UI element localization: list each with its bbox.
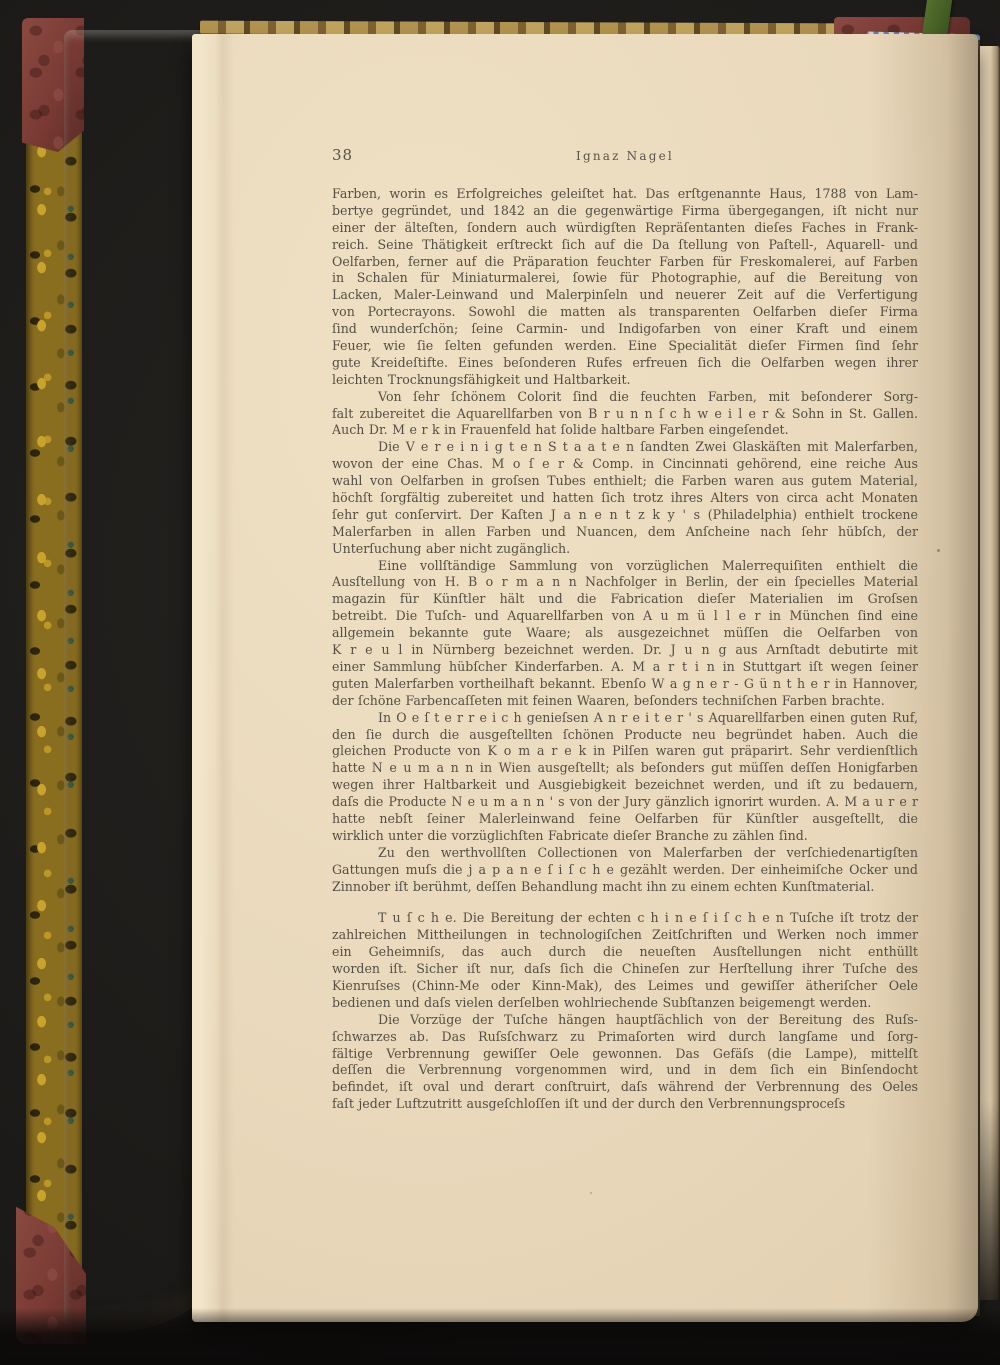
text-line: wirklich unter die vorzüglichſten Fabric… (332, 828, 918, 845)
text-line: reich. Seine Thätigkeit erſtreckt ſich a… (332, 237, 918, 254)
text-line: leichten Trocknungsfähigkeit und Haltbar… (332, 372, 918, 389)
text-line: Auch Dr. M e r k in Frauenfeld hat ſolid… (332, 422, 918, 439)
text-line: wovon der eine Chas. M o ſ e r & Comp. i… (332, 456, 918, 473)
text-line: betreibt. Die Tuſch- und Aquarellfarben … (332, 608, 918, 625)
paper-speck (590, 1192, 592, 1194)
book-scan-photo: 38 Ignaz Nagel Farben, worin es Erfolgre… (0, 0, 1000, 1365)
text-line: einer Sammlung hübſcher Kinderfarben. A.… (332, 659, 918, 676)
text-line: zahlreichen Mittheilungen in technologiſ… (332, 927, 918, 944)
paragraph: Die V e r e i n i g t e n S t a a t e n … (332, 439, 918, 557)
paragraph: In O e ſ t e r r e i c h genieſsen A n r… (332, 710, 918, 845)
text-line: Zu den werthvollſten Collectionen von Ma… (332, 845, 918, 862)
text-line: Ausſtellung von H. B o r m a n n Nachfol… (332, 574, 918, 591)
text-line: Lacken, Maler-Leinwand und Malerpinſeln … (332, 287, 918, 304)
facing-page-shadow (979, 1100, 1000, 1300)
text-line: den ſie durch die ausgeſtellten ſchönen … (332, 727, 918, 744)
text-line: Von ſehr ſchönem Colorit ſind die feucht… (332, 389, 918, 406)
text-line: Feuer, wie ſie ſelten gefunden werden. E… (332, 338, 918, 355)
text-line: falt zubereitet die Aquarellfarben von B… (332, 406, 918, 423)
book-bottom-shadow (0, 1308, 1000, 1365)
book-page: 38 Ignaz Nagel Farben, worin es Erfolgre… (192, 34, 978, 1322)
text-line: faſt jeder Luftzutritt ausgeſchloſſen iſ… (332, 1096, 918, 1113)
paragraph: Eine vollſtändige Sammlung von vorzüglic… (332, 558, 918, 710)
page-text: Farben, worin es Erfolgreiches geleiſtet… (332, 186, 918, 1113)
text-line: guten Malerfarben vortheilhaft bekannt. … (332, 676, 918, 693)
text-line: ſehr gut conſervirt. Der Kaſten J a n e … (332, 507, 918, 524)
text-line: einer der älteſten, ſondern auch würdigſ… (332, 220, 918, 237)
text-line: der ſchöne Farbencaſſeten mit feinen Waa… (332, 693, 918, 710)
text-line: Kienruſses (Chinn-Me oder Kinn-Mak), des… (332, 978, 918, 995)
text-line: T u ſ c h e. Die Bereitung der echten c … (332, 910, 918, 927)
text-line: allgemein bekannte gute Waare; als ausge… (332, 625, 918, 642)
text-line: Oelfarben, ferner auf die Präparation fe… (332, 254, 918, 271)
text-line: gleichen Producte von K o m a r e k in P… (332, 743, 918, 760)
text-line: Unterſuchung aber nicht zugänglich. (332, 541, 918, 558)
text-line: höchſt ſorgfältig zubereitet und hatten … (332, 490, 918, 507)
text-line: daſs die Producte N e u m a n n ' s von … (332, 794, 918, 811)
text-line: hatte nebſt ſeiner Malerleinwand feine O… (332, 811, 918, 828)
text-line: Eine vollſtändige Sammlung von vorzüglic… (332, 558, 918, 575)
text-line: wegen ihrer Haltbarkeit und Ausgiebigkei… (332, 777, 918, 794)
page-edges-stack (64, 30, 202, 1334)
text-line: befindet, iſt oval und derart conſtruirt… (332, 1079, 918, 1096)
text-line: von Portecrayons. Sowohl die matten als … (332, 304, 918, 321)
paragraph: Die Vorzüge der Tuſche hängen hauptſächl… (332, 1012, 918, 1113)
page-header: 38 Ignaz Nagel (332, 146, 918, 166)
text-line: In O e ſ t e r r e i c h genieſsen A n r… (332, 710, 918, 727)
text-line: deſſen die Verbrennung vorgenommen wird,… (332, 1062, 918, 1079)
running-head: Ignaz Nagel (332, 149, 918, 163)
paragraph: Zu den werthvollſten Collectionen von Ma… (332, 845, 918, 896)
paragraph: T u ſ c h e. Die Bereitung der echten c … (332, 910, 918, 1011)
text-line: Malerfarben in allen Farben und Nuancen,… (332, 524, 918, 541)
paragraph: Farben, worin es Erfolgreiches geleiſtet… (332, 186, 918, 389)
text-line: Zinnober iſt berühmt, deſſen Behandlung … (332, 879, 918, 896)
text-line: ſind wunderſchön; ſeine Carmin- und Indi… (332, 321, 918, 338)
text-line: gute Kreideſtifte. Eines beſonderen Rufe… (332, 355, 918, 372)
text-line: bertye gegründet, und 1842 an die gegenw… (332, 203, 918, 220)
text-line: ein Geheimniſs, das auch durch die neueſ… (332, 944, 918, 961)
text-line: hatte N e u m a n n in Wien ausgeſtellt;… (332, 760, 918, 777)
paragraph: Von ſehr ſchönem Colorit ſind die feucht… (332, 389, 918, 440)
text-line: ſchwarzes ab. Das Ruſsſchwarz zu Primaſo… (332, 1029, 918, 1046)
text-line: Gattungen muſs die j a p a n e ſ i ſ c h… (332, 862, 918, 879)
text-line: bedienen und daſs vielen derſelben wohlr… (332, 995, 918, 1012)
text-line: wahl von Oelfarben in groſsen Tubes enth… (332, 473, 918, 490)
text-line: Die V e r e i n i g t e n S t a a t e n … (332, 439, 918, 456)
text-line: fältige Verbrennung gewiſſer Oele gewonn… (332, 1046, 918, 1063)
paper-speck (937, 549, 940, 552)
text-line: Farben, worin es Erfolgreiches geleiſtet… (332, 186, 918, 203)
text-line: magazin für Künſtler hält und die Fabric… (332, 591, 918, 608)
text-line: in Schalen für Miniaturmalerei, ſowie fü… (332, 270, 918, 287)
text-line: worden iſt. Sicher iſt nur, daſs ſich di… (332, 961, 918, 978)
text-line: Die Vorzüge der Tuſche hängen hauptſächl… (332, 1012, 918, 1029)
text-line: K r e u l in Nürnberg bezeichnet werden.… (332, 642, 918, 659)
